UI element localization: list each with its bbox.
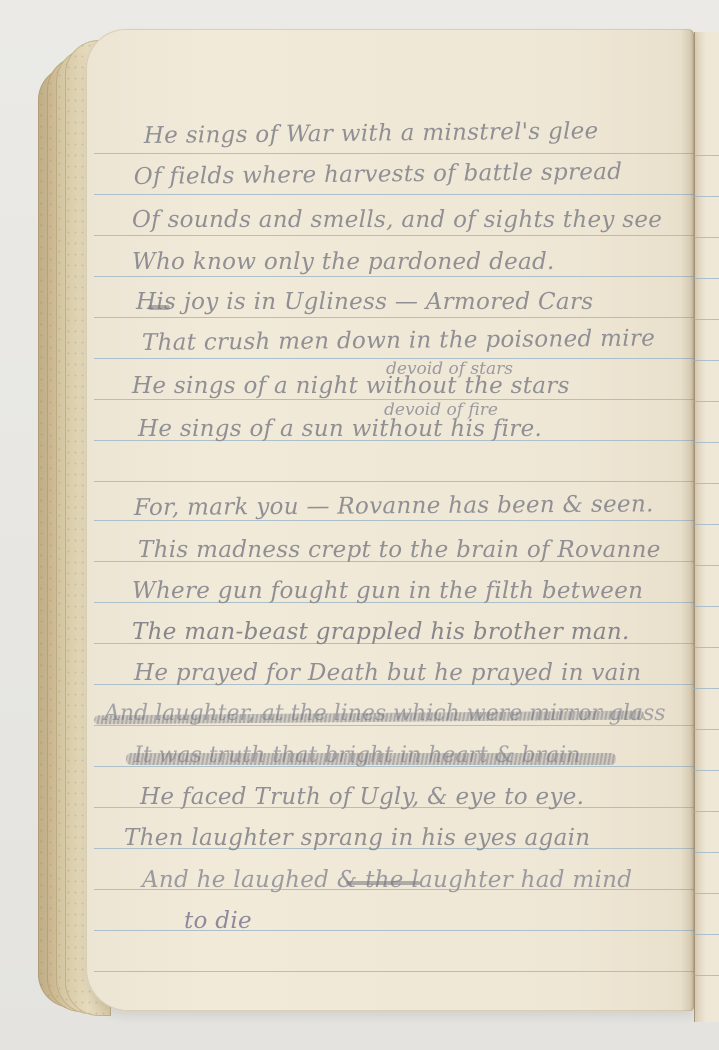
poem-line: He prayed for Death but he prayed in vai…: [134, 660, 641, 686]
poem-line: He sings of a night without the stars: [132, 373, 570, 399]
poem-line: Who know only the pardoned dead.: [132, 249, 555, 275]
rule-line: [94, 971, 694, 972]
rule-line: [94, 235, 694, 236]
poem-line: He sings of a sun without his fire.: [138, 416, 542, 442]
rule-line: [94, 153, 694, 154]
strikethrough-scribble: [126, 753, 616, 765]
poem-line: Where gun fought gun in the filth betwee…: [132, 578, 643, 604]
poem-line: He faced Truth of Ugly, & eye to eye.: [140, 784, 584, 810]
rule-line: [94, 481, 694, 482]
poem-line: Of sounds and smells, and of sights they…: [132, 207, 662, 233]
poem-line: This madness crept to the brain of Rovan…: [138, 537, 661, 563]
binding-gutter: [680, 29, 694, 1011]
rule-line: [94, 317, 694, 318]
notebook-page: He sings of War with a minstrel's glee O…: [86, 29, 694, 1011]
poem-line: And he laughed & the laughter had mind: [142, 867, 632, 893]
poem-line: He sings of War with a minstrel's glee: [144, 118, 599, 149]
rule-line: [94, 276, 694, 277]
poem-line: Of fields where harvests of battle sprea…: [134, 159, 623, 190]
struck-word-mark: [346, 881, 420, 885]
poem-line: Then laughter sprang in his eyes again: [124, 825, 590, 851]
poem-line: For, mark you — Rovanne has been & seen.: [134, 491, 654, 521]
poem-line: The man-beast grappled his brother man.: [132, 619, 630, 645]
rule-line: [94, 194, 694, 195]
facing-page: [694, 32, 719, 1022]
poem-line: His joy is in Ugliness — Armored Cars: [136, 289, 593, 315]
struck-word-mark: [148, 305, 170, 310]
poem-line: to die: [184, 908, 252, 934]
poem-line: That crush men down in the poisoned mire: [142, 326, 655, 356]
